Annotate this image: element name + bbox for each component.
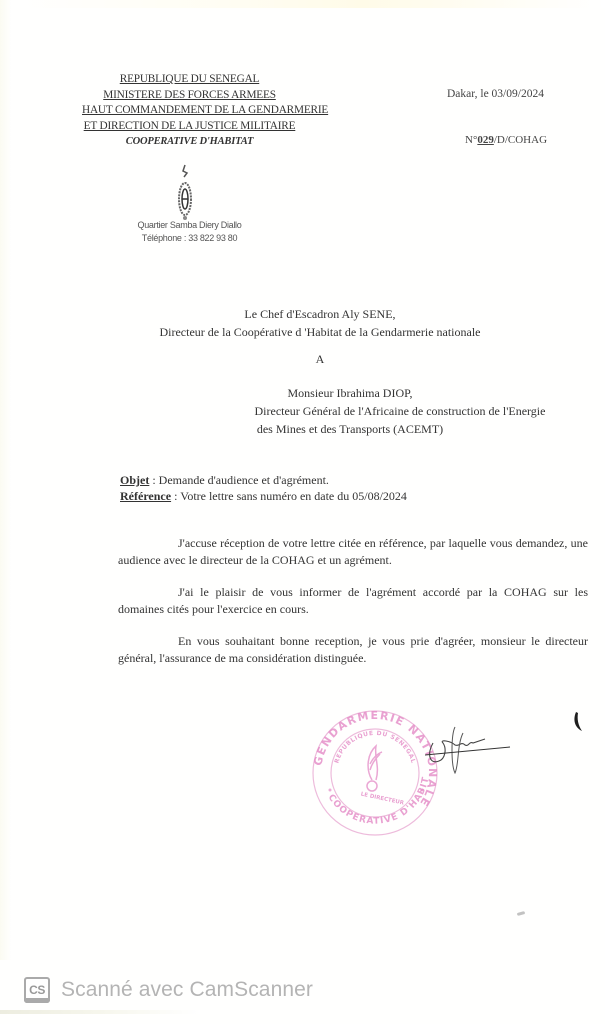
object-text: : Demande d'audience et d'agrément. (149, 473, 329, 487)
recipient-title-1: Directeur Général de l'Africaine de cons… (200, 402, 600, 420)
letterhead-line-1: REPUBLIQUE DU SENEGAL (82, 72, 297, 88)
letterhead: REPUBLIQUE DU SENEGAL MINISTERE DES FORC… (82, 72, 297, 150)
sender-name: Le Chef d'Escadron Aly SENE, (100, 305, 540, 323)
letterhead-line-2: MINISTERE DES FORCES ARMEES (82, 88, 297, 104)
letter-date: Dakar, le 03/09/2024 (447, 88, 544, 100)
body-paragraph-3: En vous souhaitant bonne reception, je v… (118, 633, 588, 667)
recipient-title-2: des Mines et des Transports (ACEMT) (200, 420, 600, 438)
ref-number: 029 (477, 134, 494, 146)
watermark-text: Scanné avec CamScanner (61, 978, 313, 1002)
scan-bottom-edge (0, 1010, 200, 1014)
signature-icon (425, 725, 515, 785)
camscanner-watermark: CS Scanné avec CamScanner (24, 975, 313, 1005)
cooperative-title: COOPERATIVE D'HABITAT (82, 134, 297, 150)
scan-left-edge (0, 0, 12, 960)
scanned-letter-page: REPUBLIQUE DU SENEGAL MINISTERE DES FORC… (0, 0, 605, 1024)
subject-block: Objet : Demande d'audience et d'agrément… (120, 472, 407, 504)
letterhead-line-4: ET DIRECTION DE LA JUSTICE MILITAIRE (82, 119, 297, 135)
recipient-name: Monsieur Ibrahima DIOP, (200, 384, 600, 402)
scan-edge-tint (0, 0, 605, 8)
ref-prefix: N° (465, 134, 477, 146)
reference-text: : Votre lettre sans numéro en date du 05… (171, 489, 407, 503)
sender-block: Le Chef d'Escadron Aly SENE, Directeur d… (100, 305, 540, 341)
letter-body: J'accuse réception de votre lettre citée… (118, 535, 588, 682)
address-line: Quartier Samba Diery Diallo (82, 219, 297, 232)
recipient-block: Monsieur Ibrahima DIOP, Directeur Généra… (200, 384, 600, 438)
svg-text:LE DIRECTEUR: LE DIRECTEUR (360, 792, 405, 807)
reference-line: Référence : Votre lettre sans numéro en … (120, 488, 407, 504)
phone-line: Téléphone : 33 822 93 80 (82, 232, 297, 245)
scan-speck: ˌ (573, 635, 579, 641)
sender-title: Directeur de la Coopérative d 'Habitat d… (100, 323, 540, 341)
letterhead-line-3: HAUT COMMANDEMENT DE LA GENDARMERIE (82, 103, 297, 119)
official-stamp-icon: GENDARMERIE NATIONALE REPUBLIQUE DU SENE… (310, 708, 440, 838)
scan-speck-small (517, 911, 526, 916)
body-paragraph-2: J'ai le plaisir de vous informer de l'ag… (118, 584, 588, 618)
gendarmerie-emblem-icon (174, 163, 196, 223)
ref-suffix: /D/COHAG (494, 134, 547, 146)
scan-ink-mark (572, 711, 584, 733)
letter-reference-number: N°029/D/COHAG (465, 134, 547, 146)
to-label: A (100, 352, 540, 367)
body-paragraph-1: J'accuse réception de votre lettre citée… (118, 535, 588, 569)
object-label: Objet (120, 473, 149, 487)
object-line: Objet : Demande d'audience et d'agrément… (120, 472, 407, 488)
letterhead-address: Quartier Samba Diery Diallo Téléphone : … (82, 219, 297, 245)
reference-label: Référence (120, 489, 171, 503)
camscanner-logo-icon: CS (24, 977, 50, 1003)
